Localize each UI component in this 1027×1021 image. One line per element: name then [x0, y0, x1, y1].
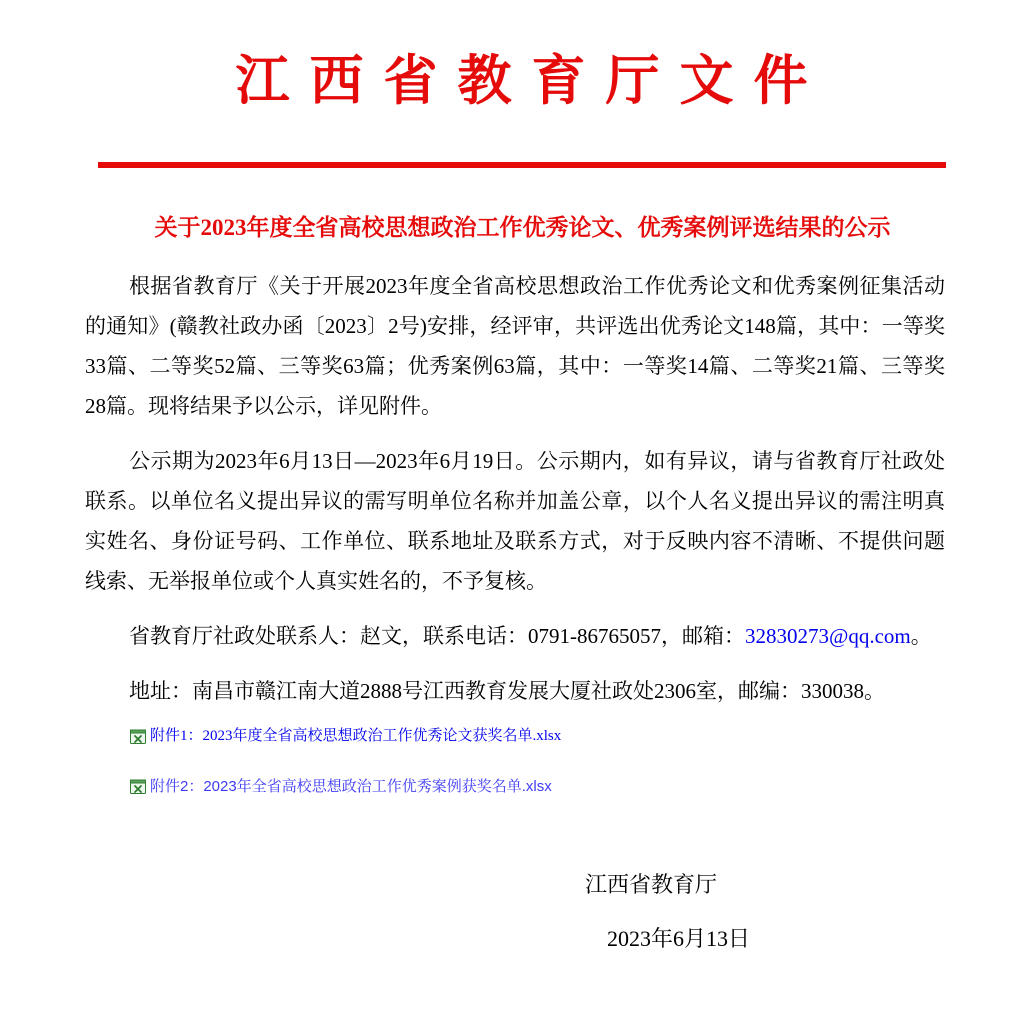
attachment-link-2[interactable]: 附件2：2023年全省高校思想政治工作优秀案例获奖名单.xlsx: [130, 777, 552, 796]
attachment-link-1[interactable]: 附件1：2023年度全省高校思想政治工作优秀论文获奖名单.xlsx: [130, 727, 561, 746]
attachment-label: 附件2：2023年全省高校思想政治工作优秀案例获奖名单.xlsx: [150, 777, 552, 796]
contact-text: 省教育厅社政处联系人：赵文，联系电话：0791-86765057，邮箱：: [129, 624, 745, 648]
document-body: 根据省教育厅《关于开展2023年度全省高校思想政治工作优秀论文和优秀案例征集活动…: [85, 266, 945, 711]
paragraph-1: 根据省教育厅《关于开展2023年度全省高校思想政治工作优秀论文和优秀案例征集活动…: [85, 266, 945, 426]
document-header: 江西省教育厅文件: [0, 0, 1027, 117]
signature-org: 江西省教育厅: [585, 873, 717, 897]
excel-file-icon: [130, 729, 146, 745]
red-divider: [98, 162, 946, 168]
email-link[interactable]: 32830273@qq.com: [745, 624, 911, 648]
document-header-title: 江西省教育厅文件: [36, 45, 1027, 117]
attachment-list: 附件1：2023年度全省高校思想政治工作优秀论文获奖名单.xlsx 附件2：20…: [130, 727, 1027, 796]
attachment-label: 附件1：2023年度全省高校思想政治工作优秀论文获奖名单.xlsx: [150, 727, 561, 746]
contact-period: 。: [911, 624, 932, 648]
excel-file-icon: [130, 779, 146, 795]
document-page: 江西省教育厅文件 关于2023年度全省高校思想政治工作优秀论文、优秀案例评选结果…: [0, 0, 1027, 1021]
paragraph-address: 地址：南昌市赣江南大道2888号江西教育发展大厦社政处2306室，邮编：3300…: [85, 671, 945, 711]
paragraph-2: 公示期为2023年6月13日—2023年6月19日。公示期内，如有异议，请与省教…: [85, 441, 945, 601]
paragraph-contact: 省教育厅社政处联系人：赵文，联系电话：0791-86765057，邮箱：3283…: [85, 616, 945, 656]
document-title: 关于2023年度全省高校思想政治工作优秀论文、优秀案例评选结果的公示: [0, 214, 1027, 242]
signature-date: 2023年6月13日: [607, 927, 750, 951]
